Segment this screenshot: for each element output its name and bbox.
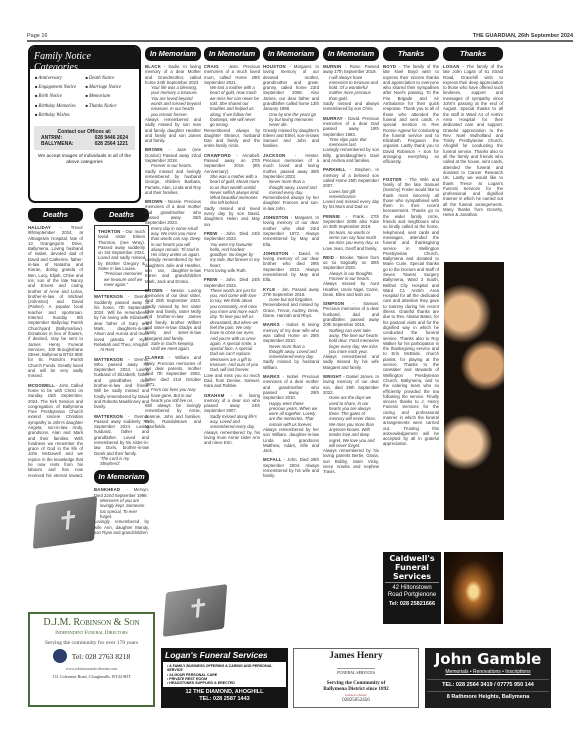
notice-verse: Loves last gift remembrance. [323, 189, 379, 200]
notice-verse: She was a mother with a heart of gold, M… [204, 174, 260, 206]
notice-entry: BLACK - Sadie. In loving memory of a dea… [145, 64, 201, 143]
notice-name: WATTERSON [94, 414, 123, 419]
category-item: Death Notice [86, 74, 135, 82]
contact-box: Contact our Offices at: ANTRIM:028 9446 … [34, 126, 135, 150]
gamble-address: 8 Rathmore Heights, Ballymena [427, 691, 549, 700]
notice-text: Love Jean, Geoff and family. [323, 246, 379, 251]
notice-text: Sadly missed and lovingly remembered by … [145, 169, 201, 195]
notice-entry: CRAWFORD - Annabell. Passed away on 27th… [204, 153, 260, 227]
publication-date: THE GUARDIAN, 26th September 2024 [473, 33, 573, 39]
notice-text: - Our much loved sister Eileen Thornton,… [98, 229, 145, 271]
thanks-column-1: Thanks BOYD - The family of the late Noe… [383, 47, 439, 549]
notice-verse: Nothing can ever take away, The love our… [323, 328, 379, 354]
robinson-name: D.J.M. Robinson & Son [33, 617, 150, 628]
notice-text: Lovingly remembered by wife Ann, daughte… [94, 519, 149, 535]
notice-text: Sadly missed and loved every day by son … [204, 206, 260, 227]
category-item: Birthday Memories [35, 102, 84, 110]
notice-text: Love and miss you so much Dad, from Deni… [204, 373, 260, 389]
notice-entry: BOYD - The family of the late Noel Boyd … [383, 64, 439, 165]
ballymena-label: BALLYMENA: [41, 141, 74, 147]
notice-name: BOYD [383, 64, 396, 69]
crest-icon [53, 649, 67, 663]
notice-entry: HOUSTON - Margaret. In loving memory of … [263, 64, 319, 149]
category-item: Birth Notice [35, 92, 84, 100]
category-item: Memoriam [86, 92, 135, 100]
notice-text: Loved and missed every day by his Mum an… [323, 199, 379, 210]
accept-note: We accept images of individuals in all o… [30, 152, 139, 168]
notice-text: Always remembered by his loving mum Anni… [204, 430, 260, 446]
thanks-banner: Thanks [383, 47, 439, 61]
notice-entry: MURRAY - David. Precious memories of a d… [323, 116, 379, 164]
gamble-tel: TEL: 028 2564 3419 / 07775 950 144 [427, 679, 549, 688]
notice-name: BROWN [145, 288, 163, 293]
notice-entry: JACKSON - Hester. Precious memories of a… [263, 153, 319, 211]
notice-text: Always remembered by her son William, da… [263, 427, 319, 453]
category-item: Birthday Wishes [35, 111, 84, 119]
family-notice-categories: Family Notice Categories Anniversary Dea… [28, 45, 141, 203]
notice-text: Always remembered and sadly missed by so… [145, 117, 201, 143]
notice-verse: 'The Lord is my Shepherd'. [94, 456, 149, 467]
notice-text: - David. In loving memory of our dear br… [263, 251, 319, 282]
notice-name: THORTON [98, 229, 121, 234]
caldwells-address: 42 Hiltonstown Road Portglenone [385, 585, 439, 599]
notice-entry: KYLE - Jim. Passed away 27th September 2… [263, 287, 319, 319]
notice-entry: JOHNSTON - Margaret. In loving memory of… [263, 215, 319, 247]
memoriam-column-2: In Memoriam CRAIG - Jean. Precious memor… [204, 47, 260, 652]
notice-name: MURRAY [323, 116, 343, 121]
notice-name: MARKS [263, 322, 280, 327]
notice-verse: These words are just for you, And come w… [204, 288, 260, 373]
robinson-ad: D.J.M. Robinson & Son Independent Funera… [28, 612, 155, 707]
notice-entry: REID - Brooke. Taken from us so tragical… [323, 255, 379, 297]
notice-text: Remembered always by her daughter France… [263, 195, 319, 211]
memoriam-banner: In Memoriam [145, 47, 201, 61]
notice-name: MCFALL [263, 457, 282, 462]
notice-entry: PARKHILL - Stephen. In memory of a belov… [323, 167, 379, 209]
category-list: Anniversary Death Notice Engagement Noti… [30, 69, 139, 124]
caldwells-ad: Caldwell's Funeral Services 42 Hiltonsto… [383, 552, 441, 624]
notice-text: - The family of the late John Logan of 6… [443, 64, 503, 217]
notice-text: - Dennis. Who passed away 7th September … [94, 357, 149, 410]
notice-entry: JOHNSTON - David. In loving memory of ou… [263, 251, 319, 283]
notice-entry: MARKS - Isobel. Precious memories of a d… [263, 374, 319, 453]
notice-name: FOSTER [383, 177, 402, 182]
deaths-column-1: Deaths HALLIDAY - Trevor 9thSeptember 20… [28, 208, 83, 478]
caldwells-name: Caldwell's [385, 554, 439, 563]
bible-icon [33, 496, 97, 549]
category-item: Anniversary [35, 74, 84, 82]
notice-entry: MARKS - Isobel. In loving memory of my d… [263, 322, 319, 370]
notice-name: MARKS [263, 374, 280, 379]
notice-verse: Never more than a thought away, Loved an… [263, 179, 319, 195]
notice-name: CLARKE [145, 355, 164, 360]
memoriam-column-4: In Memoriam MURNIN - Rose. Passed away 1… [323, 47, 379, 652]
notice-verse: Every day in some small way, We miss you… [145, 226, 201, 258]
notice-verse: Gone are the days we used to share, In o… [323, 395, 379, 448]
category-item: Thanks Notice [86, 102, 135, 110]
notice-name: KYLE [263, 287, 275, 292]
notice-entry: BROWN - Nessie. Loving memories of our d… [145, 288, 201, 352]
candle-lights-image [444, 262, 504, 520]
notice-text: - Dennis. Passed away suddenly 7th Septe… [94, 414, 149, 456]
notice-name: BROWN [145, 199, 163, 204]
thanks-banner: Thanks [443, 47, 503, 61]
page-number: Page 16 [27, 33, 48, 39]
memoriam-column-1: In Memoriam BLACK - Sadie. In loving mem… [145, 47, 201, 552]
robinson-address: 131 Coleraine Road, Cloughmills, BT44 9D… [33, 674, 150, 679]
golden-charter-logo: Golden Charter [296, 693, 416, 697]
notice-verse: Sadly missed along life's way. Loved and… [204, 414, 260, 430]
caldwells-tel: Tel: 028 25821666 [385, 601, 439, 607]
memoriam-banner: In Memoriam [94, 470, 149, 484]
notice-entry: GRAHAM - In loving memory of a dear son … [204, 393, 260, 446]
henry-name: James Henry [296, 651, 416, 661]
notice-text: - The family of the late Noel Boyd wish … [383, 64, 439, 164]
notice-text: - Trevor 9thSeptember 2024, at Altnagelv… [28, 225, 83, 378]
notice-entry: WATTERSON - Dennis. Suddenly passed away… [94, 294, 149, 352]
notice-text: Lovingly remembered by son Billy, grandd… [323, 147, 379, 163]
notice-entry: THORTON - Our much loved sister Eileen T… [94, 225, 149, 291]
notice-name: CRAIG [204, 64, 219, 69]
notice-name: JOHNSTON [263, 215, 288, 220]
logans-title: Logan's Funeral Services [161, 648, 288, 662]
notice-verse: No tears, no words or verse can say how … [323, 230, 379, 246]
deaths-banner: Deaths [94, 208, 149, 222]
gamble-name: John Gamble [427, 650, 549, 668]
caldwells-name: Funeral [385, 563, 439, 572]
memoriam-banner: In Memoriam [204, 47, 260, 61]
notice-entry: FREW - John. Died 24th September 2023.Yo… [204, 231, 260, 273]
notice-entry: FREW - John. Died 24th September 2023.Th… [204, 277, 260, 388]
categories-title: Family Notice Categories [30, 47, 139, 69]
memoriam-column-3: In Memoriam HOUSTON - Margaret. In lovin… [263, 47, 319, 652]
logans-bullet: • A FAMILY BUSINESS OFFERING A CARING AN… [167, 664, 282, 673]
notice-name: FREW [204, 231, 217, 236]
notice-verse: We lost a mother with a heart of gold, H… [204, 85, 260, 127]
notice-verse: I will always have memories to treasure … [323, 75, 379, 101]
notice-verse: Happy were those precious years, When we… [263, 401, 319, 427]
notice-verse: Time slips past. But memories last. [323, 137, 379, 148]
deaths-banner: Deaths [28, 208, 83, 222]
robinson-subtitle: Independent Funeral Directors [33, 630, 150, 636]
notice-verse: You were my favourite hello, And hardest… [204, 242, 260, 268]
notice-name: PARKHILL [323, 167, 346, 172]
notice-verse: Never more than a thought away. Loved an… [263, 344, 319, 360]
robinson-tagline: Serving the community for over 170 years [33, 640, 150, 646]
notice-name: MURNIN [323, 64, 341, 69]
notice-text: - Margaret. In loving memory of our dear… [263, 215, 319, 246]
notice-entry: MCFALL - John. Died 28th September 2004.… [263, 457, 319, 478]
notice-entry: BROWN - Nessie. Precious memories of a d… [145, 199, 201, 284]
notice-name: LOGAN [443, 64, 460, 69]
notice-verse: Memories of you are lovingly kept. Someo… [94, 498, 149, 519]
notice-entry: WATTERSON - Dennis. Passed away suddenly… [94, 414, 149, 467]
notice-verse: Your life was a blessing, your memory a … [145, 85, 201, 117]
notice-name: CRAWFORD [204, 153, 231, 158]
notice-verse: Safe in God's keeping. Until we meet aga… [145, 341, 201, 352]
henry-tel: 02825652456 [296, 698, 416, 703]
notice-text: - Nessie. Loving memories of our dear si… [145, 288, 201, 341]
notice-text: Always missed by Aunt Heather, Uncle Nig… [323, 281, 379, 297]
notice-text: Always remembered by his loving parents … [323, 448, 379, 474]
notice-text: Will always be lovingly remembered by An… [145, 403, 201, 429]
notice-text: Remembered and missed by Grace, Trevor, … [263, 302, 319, 318]
category-item: Engagement Notice [35, 83, 84, 91]
robinson-tel: Tel: 028 2763 8218 [72, 652, 130, 661]
candle-image [444, 552, 503, 624]
notice-entry: LOGAN - The family of the late John Loga… [443, 64, 503, 218]
caldwells-name: Services [385, 572, 439, 583]
henry-subtitle: FUNERAL SERVICES [337, 668, 375, 675]
notice-entry: MCDOWELL - John. Called home to be with … [28, 383, 83, 478]
notice-name: FREW [204, 277, 217, 282]
notice-text: - Margaret. In loving memory of our devo… [263, 64, 319, 111]
notice-verse: At Rest [94, 347, 149, 352]
notice-name: SIMPSON [323, 301, 344, 306]
notice-entry: HALLIDAY - Trevor 9thSeptember 2024, at … [28, 225, 83, 379]
category-item: Marriage Notice [86, 83, 135, 91]
memoriam-banner: In Memoriam [263, 47, 319, 61]
notice-text: Sadly missed and always remembered by so… [323, 101, 379, 112]
deaths-column-2: Deaths THORTON - Our much loved sister E… [94, 208, 149, 588]
notice-name: GRAHAM [204, 393, 225, 398]
notice-text: - William and Mary. Precious memories of… [145, 355, 201, 386]
notice-name: HALLIDAY [28, 225, 51, 230]
thanks-column-2: Thanks LOGAN - The family of the late Jo… [443, 47, 503, 282]
notice-text: - Dennis. Suddenly passed away at his ho… [94, 294, 149, 347]
notice-entry: WATTERSON - Dennis. Who passed away 7th … [94, 357, 149, 410]
notice-entry: FOSTER - The Wife and family of the late… [383, 177, 439, 447]
notice-name: JACKSON [263, 153, 285, 158]
notice-verse: One by one the years go by but loving me… [263, 112, 319, 128]
notice-entry: WRIGHT - Daniel James. In loving memory … [323, 374, 379, 475]
notice-entry: SIMPSON - Samuel. Precious memories of a… [323, 301, 379, 370]
notice-name: BROWN [145, 147, 163, 152]
notice-entry: BANKHEAD - Mervyn. Died 22nd September 1… [94, 487, 149, 535]
notice-verse: From our lives you may have gone, But in… [145, 387, 201, 403]
notice-name: PENNIE [323, 214, 340, 219]
notice-text: Always remembered and sadly missed by hi… [323, 354, 379, 370]
notice-text: Sadly missed by husband William. [263, 359, 319, 370]
notice-text: Greatly missed by daughter's Eileen and … [263, 128, 319, 149]
ballymena-tel: 028 2564 1221 [95, 141, 128, 147]
notice-entry: MURNIN - Rose. Passed away 17th Septembe… [323, 64, 379, 112]
memoriam-banner: In Memoriam [323, 47, 379, 61]
notice-entry: CRAIG - Jean. Precious memories of a muc… [204, 64, 260, 149]
john-gamble-ad: John Gamble Memorials • Renovations • In… [425, 648, 551, 708]
page-header: Page 16 THE GUARDIAN, 26th September 202… [27, 28, 573, 42]
notice-entry: PENNIE - Frank. 27th September 2008 also… [323, 214, 379, 251]
logans-tel: TEL: 028 2587 1443 [161, 696, 288, 703]
notice-name: REID [323, 255, 334, 260]
notice-name: BLACK [145, 64, 161, 69]
henry-tagline: Ballymena District since 1892 [296, 686, 416, 692]
notice-verse: Always in our thoughts. Forever in our h… [323, 271, 379, 282]
notice-name: MCDOWELL [28, 383, 55, 388]
logans-bullet: • HEADSTONES SUPPLIED & ERECTED [167, 681, 282, 685]
james-henry-ad: James Henry FUNERAL SERVICES Serving the… [293, 648, 419, 708]
robinson-website: www.robinsonandcoleraine.com [33, 666, 150, 671]
notice-text: From loving wife Ruth. [204, 268, 260, 273]
notice-text: Remembered always by daughter Eleanor, h… [204, 128, 260, 149]
logans-ad: Logan's Funeral Services • A FAMILY BUSI… [161, 648, 288, 708]
notice-text: - The Wife and family of the late Samuel… [383, 177, 439, 447]
notice-verse: "Precious memories we treasure until we … [98, 271, 145, 287]
notice-entry: BROWN - Joan (nee Gordon) Passed away 22… [145, 147, 201, 195]
notice-name: WATTERSON [94, 357, 123, 362]
notice-name: HOUSTON [263, 64, 286, 69]
notice-name: WRIGHT [323, 374, 342, 379]
notice-text: - John. Called home to be with Christ on… [28, 383, 83, 478]
notice-text: Lovingly remembered by her daughters Jul… [145, 257, 201, 283]
notice-name: JOHNSTON [263, 251, 288, 256]
notice-entry: CLARKE - William and Mary. Precious memo… [145, 355, 201, 429]
notice-name: WATTERSON [94, 294, 123, 299]
gamble-services: Memorials • Renovations • Inscriptions [427, 669, 549, 675]
notice-name: BANKHEAD [94, 487, 120, 492]
